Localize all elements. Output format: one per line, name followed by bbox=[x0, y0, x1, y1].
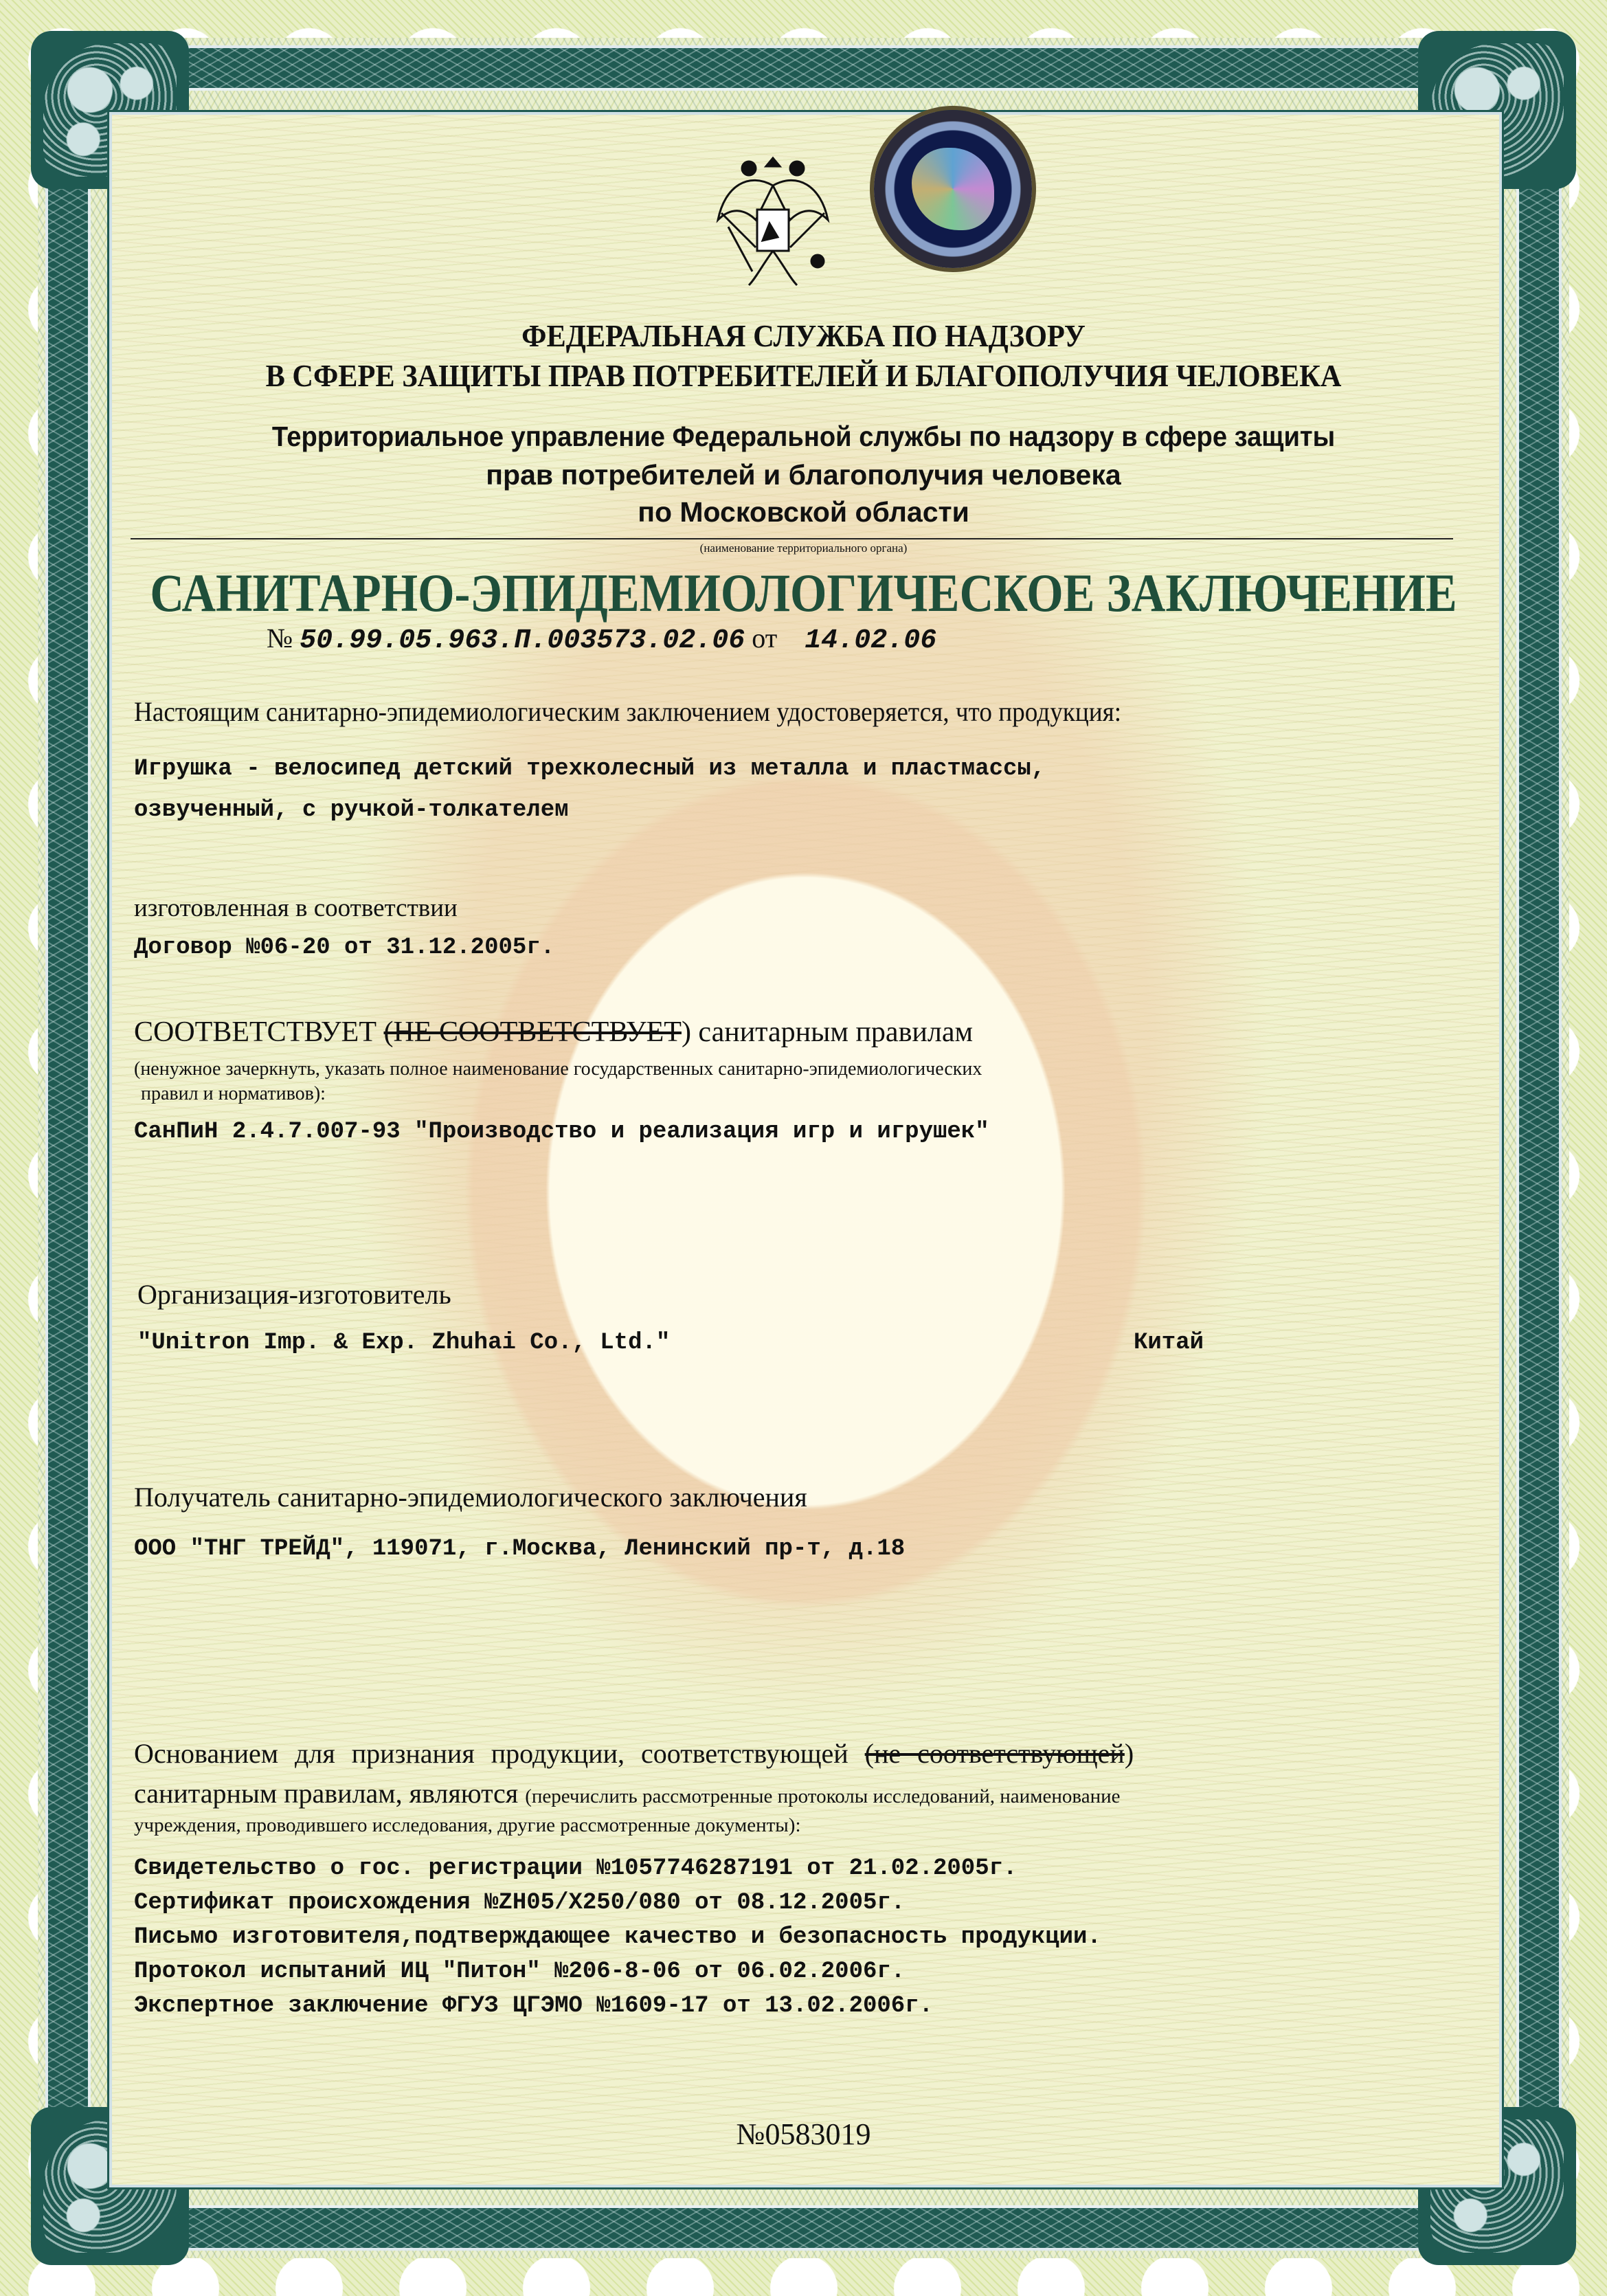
date-prefix: от bbox=[752, 623, 777, 654]
list-item: Экспертное заключение ФГУЗ ЦГЭМО №1609-1… bbox=[134, 1993, 933, 2019]
sanitary-rules-value: СанПиН 2.4.7.007-93 "Производство и реал… bbox=[134, 1119, 989, 1145]
serial-number: №0583019 bbox=[0, 2117, 1607, 2152]
manufacturer-country: Китай bbox=[1134, 1330, 1204, 1356]
basis-struck: (не соответствующей bbox=[865, 1738, 1125, 1769]
basis-text: Основанием для признания продукции, соот… bbox=[134, 1738, 849, 1769]
document-number-line: № 50.99.05.963.П.003573.02.06 от 14.02.0… bbox=[267, 622, 936, 656]
manufacturer-value: "Unitron Imp. & Exp. Zhuhai Co., Ltd." bbox=[137, 1330, 670, 1356]
product-line2: озвученный, с ручкой-толкателем bbox=[134, 797, 569, 823]
basis-line1: Основанием для признания продукции, соот… bbox=[134, 1737, 1134, 1770]
hologram-seal-icon bbox=[874, 110, 1032, 268]
basis-line2-text: санитарным правилам, являются bbox=[134, 1778, 518, 1809]
manufactured-label: изготовленная в соответствии bbox=[134, 893, 458, 923]
list-item: Сертификат происхождения №ZH05/X250/080 … bbox=[134, 1890, 905, 1916]
conformity-line: СООТВЕТСТВУЕТ (НЕ СООТВЕТСТВУЕТ) санитар… bbox=[134, 1016, 973, 1049]
manufactured-value: Договор №06-20 от 31.12.2005г. bbox=[134, 935, 554, 961]
agency-name-line1: ФЕДЕРАЛЬНАЯ СЛУЖБА ПО НАДЗОРУ bbox=[65, 317, 1543, 354]
basis-line2-note: (перечислить рассмотренные протоколы исс… bbox=[525, 1785, 1120, 1807]
document-date: 14.02.06 bbox=[805, 625, 936, 656]
basis-close-paren: ) bbox=[1125, 1738, 1134, 1769]
conformity-no-struck: (НЕ СООТВЕТСТВУЕТ bbox=[383, 1016, 681, 1048]
number-prefix: № bbox=[267, 623, 293, 654]
agency-name-line2: В СФЕРЕ ЗАЩИТЫ ПРАВ ПОТРЕБИТЕЛЕЙ И БЛАГО… bbox=[65, 357, 1543, 394]
list-item: Письмо изготовителя,подтверждающее качес… bbox=[134, 1924, 1101, 1950]
territorial-office-line2: прав потребителей и благополучия человек… bbox=[0, 459, 1607, 491]
conformity-yes: СООТВЕТСТВУЕТ bbox=[134, 1016, 377, 1048]
product-line1: Игрушка - велосипед детский трехколесный… bbox=[134, 756, 1045, 782]
intro-text: Настоящим санитарно-эпидемиологическим з… bbox=[134, 695, 1121, 728]
russian-coat-of-arms-icon bbox=[708, 144, 838, 296]
conformity-suffix: ) санитарным правилам bbox=[682, 1016, 973, 1048]
list-item: Протокол испытаний ИЦ "Питон" №206-8-06 … bbox=[134, 1959, 905, 1985]
territorial-office-line1: Территориальное управление Федеральной с… bbox=[56, 421, 1551, 453]
divider bbox=[131, 538, 1453, 539]
document-number: 50.99.05.963.П.003573.02.06 bbox=[300, 625, 745, 656]
manufacturer-label: Организация-изготовитель bbox=[137, 1278, 451, 1311]
recipient-label: Получатель санитарно-эпидемиологического… bbox=[134, 1481, 807, 1513]
basis-line2: санитарным правилам, являются (перечисли… bbox=[134, 1777, 1120, 1809]
territorial-office-line3: по Московской области bbox=[0, 496, 1607, 528]
conformity-note1: (ненужное зачеркнуть, указать полное наи… bbox=[134, 1058, 982, 1080]
organ-caption: (наименование территориального органа) bbox=[0, 542, 1607, 555]
recipient-value: ООО "ТНГ ТРЕЙД", 119071, г.Москва, Ленин… bbox=[134, 1536, 905, 1562]
conformity-note2: правил и нормативов): bbox=[141, 1083, 326, 1105]
list-item: Свидетельство о гос. регистрации №105774… bbox=[134, 1855, 1017, 1882]
document-title: САНИТАРНО-ЭПИДЕМИОЛОГИЧЕСКОЕ ЗАКЛЮЧЕНИЕ bbox=[96, 562, 1510, 624]
basis-line3-note: учреждения, проводившего исследования, д… bbox=[134, 1814, 801, 1837]
